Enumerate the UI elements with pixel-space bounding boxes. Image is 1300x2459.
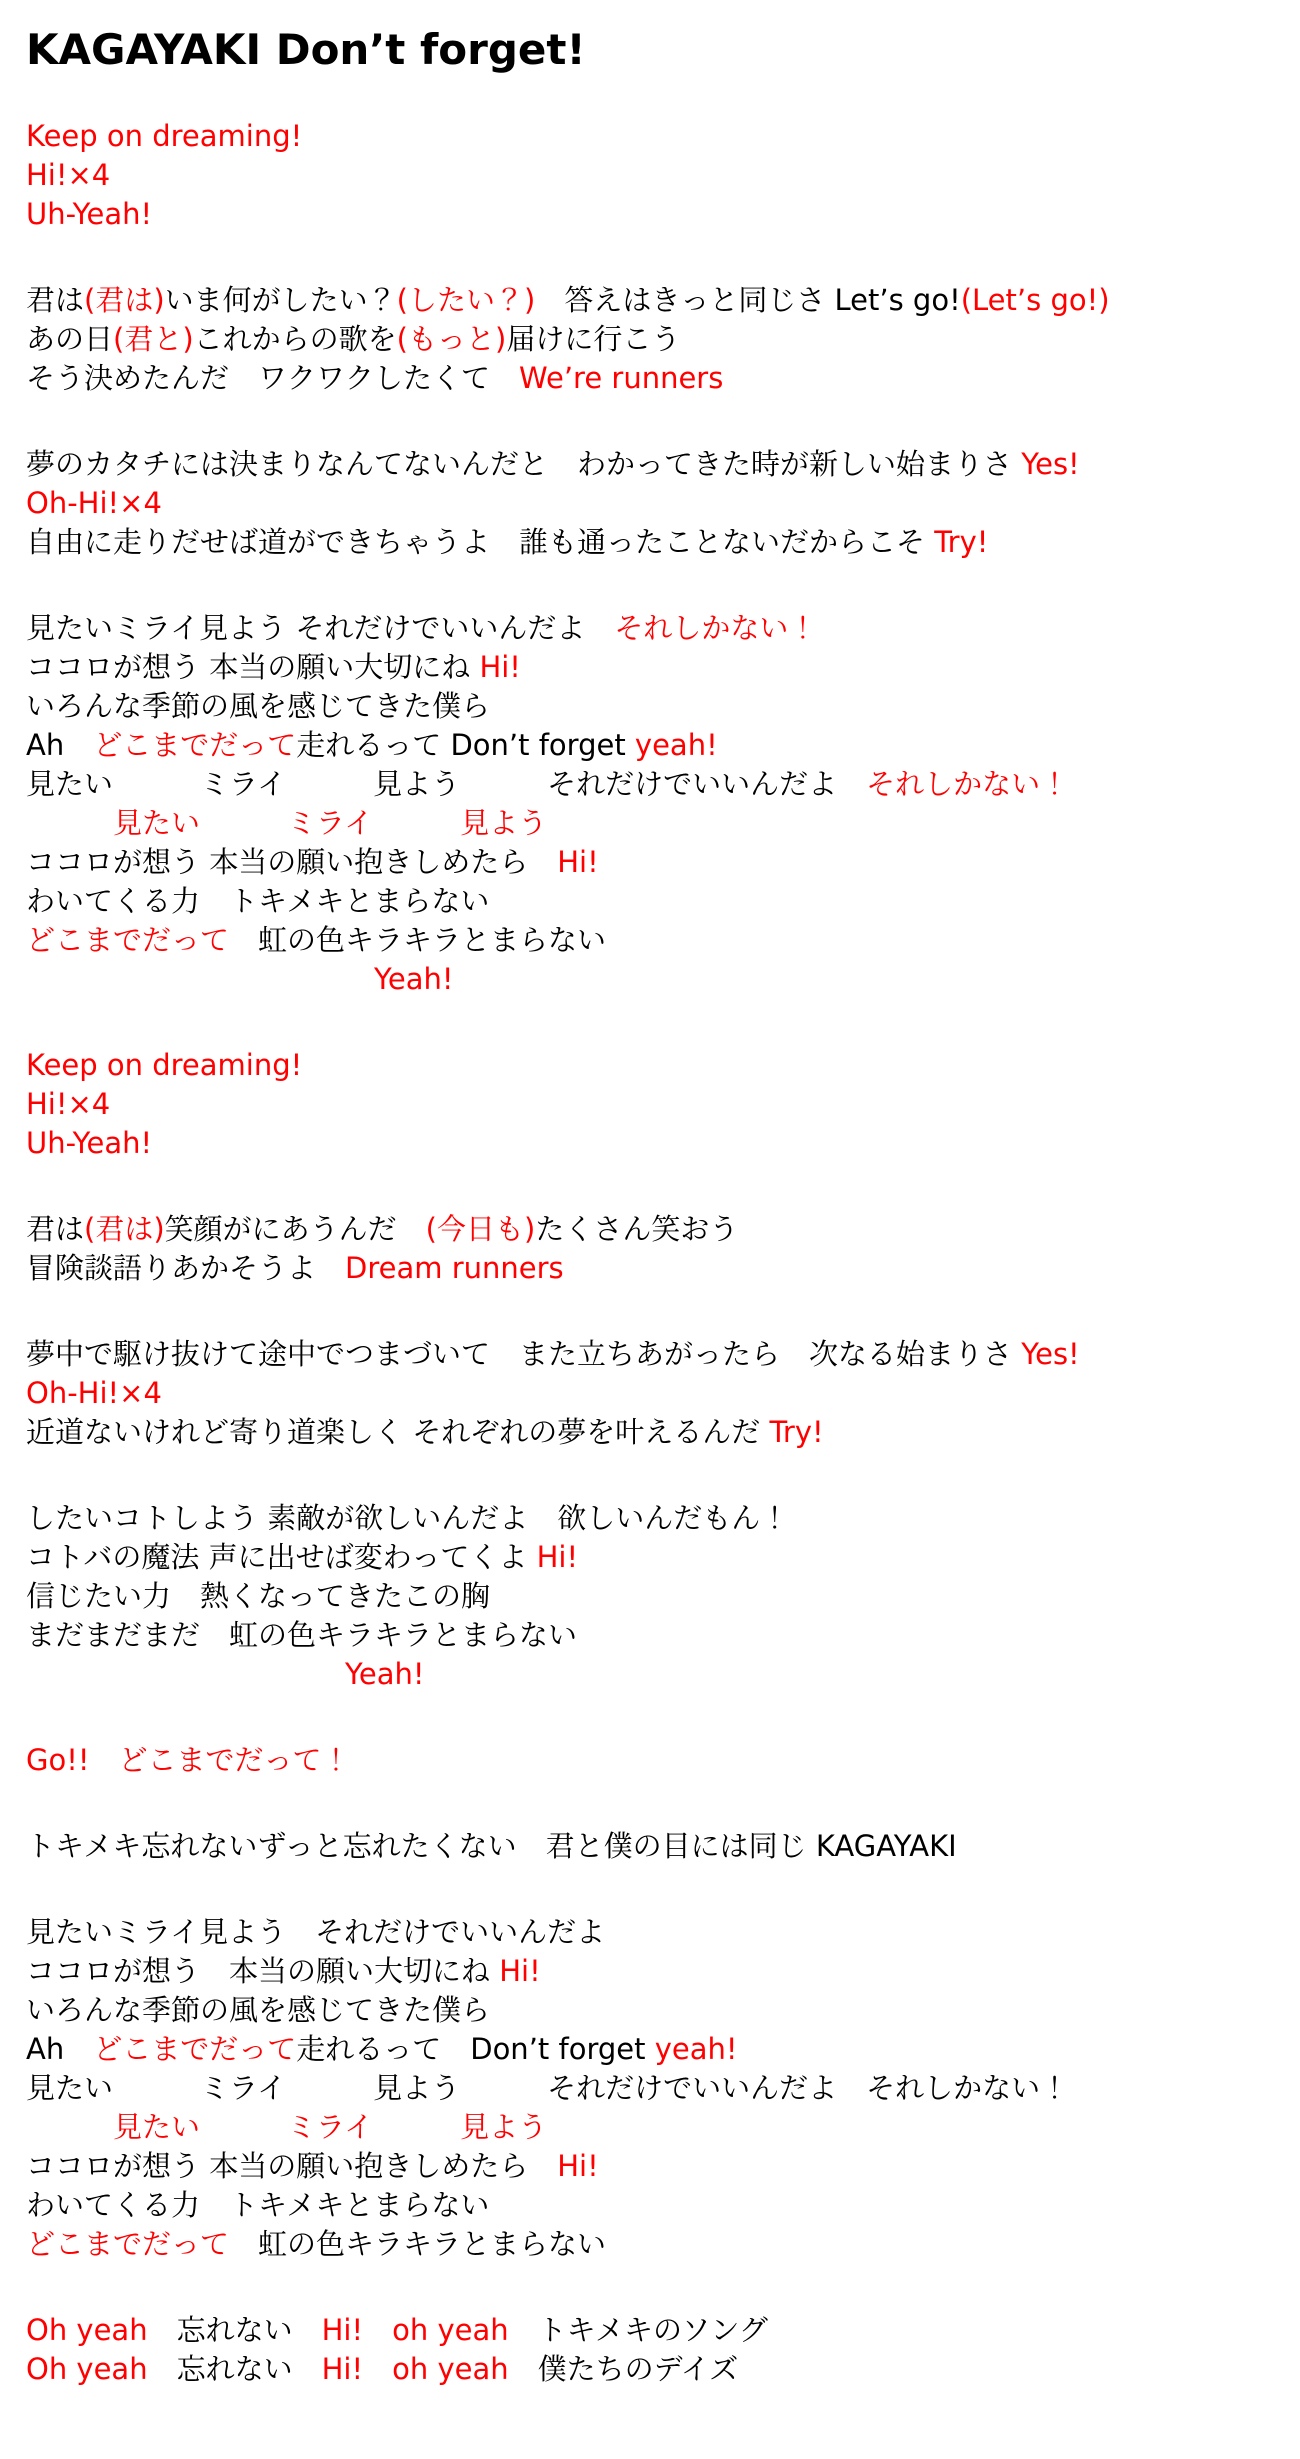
blank-line [26, 1866, 1270, 1913]
lyric-segment-red: Go!! どこまでだって！ [26, 1743, 350, 1777]
lyric-line: Oh yeah 忘れない Hi! oh yeah 僕たちのデイズ [26, 2350, 1270, 2389]
blank-line [26, 1452, 1270, 1499]
lyric-segment-black: まだまだまだ 虹の色キラキラとまらない [26, 1618, 577, 1652]
lyric-segment-black: 見たいミライ見よう それだけでいいんだよ [26, 1915, 605, 1949]
lyric-segment-red: Try! [934, 525, 988, 559]
lyric-line: 夢中で駆け抜けて途中でつまづいて また立ちあがったら 次なる始まりさ Yes! [26, 1335, 1270, 1374]
lyric-segment-black: したいコトしよう 素敵が欲しいんだよ 欲しいんだもん！ [26, 1501, 789, 1535]
lyric-segment-black: 忘れない [148, 2313, 322, 2347]
lyric-line: Keep on dreaming! [26, 1046, 1270, 1085]
lyric-segment-red: Yes! [1021, 1337, 1079, 1371]
lyric-segment-red: (君は) [84, 1212, 165, 1246]
lyric-line: 近道ないけれど寄り道楽しく それぞれの夢を叶えるんだ Try! [26, 1413, 1270, 1452]
lyric-line: 見たいミライ見よう それだけでいいんだよ それしかない！ [26, 609, 1270, 648]
lyric-segment-black: 虹の色キラキラとまらない [229, 923, 606, 957]
lyric-segment-red: yeah! [635, 728, 718, 762]
lyric-segment-red: Uh-Yeah! [26, 197, 152, 231]
lyric-segment-black: いろんな季節の風を感じてきた僕ら [26, 1993, 490, 2027]
lyric-segment-red: (もっと) [397, 322, 507, 356]
lyric-segment-black: 自由に走りだせば道ができちゃうよ 誰も通ったことないだからこそ [26, 525, 934, 559]
lyric-line: どこまでだって 虹の色キラキラとまらない [26, 2225, 1270, 2264]
lyric-line: いろんな季節の風を感じてきた僕ら [26, 1991, 1270, 2030]
lyric-line: Oh-Hi!×4 [26, 1374, 1270, 1413]
lyric-segment-red: Oh yeah [26, 2352, 148, 2386]
lyric-line: 冒険談語りあかそうよ Dream runners [26, 1249, 1270, 1288]
lyric-segment-red: Hi!×4 [26, 158, 110, 192]
blank-line [26, 1694, 1270, 1741]
blank-line [26, 999, 1270, 1046]
lyric-segment-black: 虹の色キラキラとまらない [229, 2227, 606, 2261]
lyric-line: Uh-Yeah! [26, 195, 1270, 234]
lyric-segment-red: Uh-Yeah! [26, 1126, 152, 1160]
lyric-segment-red: どこまでだって [26, 2227, 229, 2261]
blank-line [26, 562, 1270, 609]
lyric-segment-black: あの日 [26, 322, 113, 356]
lyric-segment-red: Hi! [557, 845, 599, 879]
lyric-segment-black: 届けに行こう [506, 322, 680, 356]
lyric-segment-red: Hi! [557, 2149, 599, 2183]
lyric-segment-black: 信じたい力 熱くなってきたこの胸 [26, 1579, 490, 1613]
lyric-line: いろんな季節の風を感じてきた僕ら [26, 687, 1270, 726]
lyric-line: ココロが想う 本当の願い大切にね Hi! [26, 648, 1270, 687]
lyric-segment-red: それしかない！ [866, 767, 1069, 801]
lyric-segment-black: 僕たちのデイズ [509, 2352, 739, 2386]
lyric-segment-red: (君と) [113, 322, 194, 356]
lyric-segment-red: yeah! [655, 2032, 738, 2066]
lyric-line: 自由に走りだせば道ができちゃうよ 誰も通ったことないだからこそ Try! [26, 523, 1270, 562]
lyric-segment-black: わいてくる力 トキメキとまらない [26, 2188, 489, 2222]
lyric-line: Oh-Hi!×4 [26, 484, 1270, 523]
lyric-line: どこまでだって 虹の色キラキラとまらない [26, 921, 1270, 960]
lyric-segment-red: Hi! oh yeah [322, 2352, 509, 2386]
lyric-segment-red: (Let’s go!) [961, 283, 1110, 317]
lyric-segment-black: ココロが想う 本当の願い大切にね [26, 1954, 499, 1988]
lyric-segment-red: (今日も) [426, 1212, 536, 1246]
lyric-segment-black: そう決めたんだ ワクワクしたくて [26, 361, 519, 395]
lyric-line: 見たい ミライ 見よう [26, 804, 1270, 843]
lyric-line: Ah どこまでだって走れるって Don’t forget yeah! [26, 726, 1270, 765]
lyric-segment-red: Dream runners [345, 1251, 564, 1285]
lyric-segment-black: 答えはきっと同じさ Let’s go! [535, 283, 960, 317]
lyric-segment-red: Yeah! [26, 1657, 424, 1691]
lyric-segment-red: Oh-Hi!×4 [26, 486, 162, 520]
page-title: KAGAYAKI Don’t forget! [26, 24, 1270, 77]
lyric-segment-red: Hi! [499, 1954, 541, 1988]
lyric-line: わいてくる力 トキメキとまらない [26, 882, 1270, 921]
lyric-line: 見たい ミライ 見よう [26, 2108, 1270, 2147]
lyric-line: まだまだまだ 虹の色キラキラとまらない [26, 1616, 1270, 1655]
lyric-segment-red: Oh yeah [26, 2313, 148, 2347]
lyric-segment-red: We’re runners [519, 361, 723, 395]
lyric-segment-black: 夢中で駆け抜けて途中でつまづいて また立ちあがったら 次なる始まりさ [26, 1337, 1021, 1371]
lyric-line: 見たい ミライ 見よう それだけでいいんだよ それしかない！ [26, 765, 1270, 804]
lyric-segment-red: Yes! [1021, 447, 1079, 481]
lyric-line: あの日(君と)これからの歌を(もっと)届けに行こう [26, 320, 1270, 359]
lyric-segment-red: (君は) [84, 283, 165, 317]
blank-line [26, 1780, 1270, 1827]
lyric-line: したいコトしよう 素敵が欲しいんだよ 欲しいんだもん！ [26, 1499, 1270, 1538]
lyric-segment-black: わいてくる力 トキメキとまらない [26, 884, 489, 918]
lyric-line: コトバの魔法 声に出せば変わってくよ Hi! [26, 1538, 1270, 1577]
lyric-segment-red: Hi!×4 [26, 1087, 110, 1121]
lyric-segment-red: Try! [769, 1415, 823, 1449]
blank-line [26, 2264, 1270, 2311]
lyric-line: Ah どこまでだって走れるって Don’t forget yeah! [26, 2030, 1270, 2069]
lyric-line: 君は(君は)いま何がしたい？(したい？) 答えはきっと同じさ Let’s go!… [26, 281, 1270, 320]
lyric-segment-red: Hi! [479, 650, 521, 684]
lyric-line: 夢のカタチには決まりなんてないんだと わかってきた時が新しい始まりさ Yes! [26, 445, 1270, 484]
lyric-line: Keep on dreaming! [26, 117, 1270, 156]
lyric-line: Go!! どこまでだって！ [26, 1741, 1270, 1780]
lyric-segment-black: 君は [26, 283, 84, 317]
lyric-line: 君は(君は)笑顔がにあうんだ (今日も)たくさん笑おう [26, 1210, 1270, 1249]
lyric-line: 見たいミライ見よう それだけでいいんだよ [26, 1913, 1270, 1952]
lyric-segment-red: Keep on dreaming! [26, 119, 302, 153]
lyric-line: Yeah! [26, 1655, 1270, 1694]
blank-line [26, 398, 1270, 445]
lyric-line: Yeah! [26, 960, 1270, 999]
lyric-segment-red: 見たい ミライ 見よう [26, 806, 547, 840]
lyric-line: ココロが想う 本当の願い抱きしめたら Hi! [26, 843, 1270, 882]
lyric-line: わいてくる力 トキメキとまらない [26, 2186, 1270, 2225]
lyric-segment-black: 見たいミライ見よう それだけでいいんだよ [26, 611, 614, 645]
lyric-segment-black: ココロが想う 本当の願い抱きしめたら [26, 2149, 557, 2183]
lyric-segment-black: たくさん笑おう [535, 1212, 738, 1246]
lyric-line: ココロが想う 本当の願い抱きしめたら Hi! [26, 2147, 1270, 2186]
blank-line [26, 1288, 1270, 1335]
lyric-segment-black: Ah [26, 2032, 93, 2066]
lyric-line: ココロが想う 本当の願い大切にね Hi! [26, 1952, 1270, 1991]
lyric-segment-red: Yeah! [26, 962, 453, 996]
lyric-segment-black: 忘れない [148, 2352, 322, 2386]
lyric-line: Uh-Yeah! [26, 1124, 1270, 1163]
lyric-segment-black: トキメキ忘れないずっと忘れたくない 君と僕の目には同じ KAGAYAKI [26, 1829, 957, 1863]
lyric-segment-black: ココロが想う 本当の願い抱きしめたら [26, 845, 557, 879]
lyric-segment-black: 君は [26, 1212, 84, 1246]
lyric-segment-black: 見たい ミライ 見よう それだけでいいんだよ それしかない！ [26, 2071, 1069, 2105]
lyric-segment-black: 冒険談語りあかそうよ [26, 1251, 345, 1285]
lyric-segment-black: いろんな季節の風を感じてきた僕ら [26, 689, 490, 723]
lyric-segment-black: ココロが想う 本当の願い大切にね [26, 650, 479, 684]
lyric-segment-black: いま何がしたい？ [165, 283, 397, 317]
lyric-line: Hi!×4 [26, 1085, 1270, 1124]
lyric-segment-red: Hi! oh yeah [322, 2313, 509, 2347]
lyric-segment-black: 見たい ミライ 見よう それだけでいいんだよ [26, 767, 866, 801]
lyrics-document: KAGAYAKI Don’t forget! Keep on dreaming!… [26, 24, 1270, 2389]
lyric-segment-red: (したい？) [397, 283, 536, 317]
lyric-segment-red: どこまでだって [93, 728, 296, 762]
lyric-segment-red: 見たい ミライ 見よう [26, 2110, 547, 2144]
lyric-segment-red: それしかない！ [614, 611, 817, 645]
lyric-segment-black: これからの歌を [194, 322, 397, 356]
lyric-line: トキメキ忘れないずっと忘れたくない 君と僕の目には同じ KAGAYAKI [26, 1827, 1270, 1866]
lyric-line: 見たい ミライ 見よう それだけでいいんだよ それしかない！ [26, 2069, 1270, 2108]
lyric-segment-black: 走れるって Don’t forget [296, 728, 635, 762]
lyric-segment-black: 夢のカタチには決まりなんてないんだと わかってきた時が新しい始まりさ [26, 447, 1021, 481]
lyric-line: Oh yeah 忘れない Hi! oh yeah トキメキのソング [26, 2311, 1270, 2350]
lyric-segment-black: 笑顔がにあうんだ [165, 1212, 426, 1246]
lyric-segment-red: どこまでだって [26, 923, 229, 957]
lyric-segment-black: Ah [26, 728, 93, 762]
blank-line [26, 234, 1270, 281]
lyric-segment-red: Keep on dreaming! [26, 1048, 302, 1082]
lyric-segment-black: コトバの魔法 声に出せば変わってくよ [26, 1540, 537, 1574]
lyric-line: 信じたい力 熱くなってきたこの胸 [26, 1577, 1270, 1616]
lyric-line: Hi!×4 [26, 156, 1270, 195]
lyric-segment-black: 走れるって Don’t forget [296, 2032, 654, 2066]
lyric-segment-red: Hi! [537, 1540, 579, 1574]
lyrics-body: Keep on dreaming!Hi!×4Uh-Yeah!君は(君は)いま何が… [26, 117, 1270, 2389]
lyric-segment-red: Oh-Hi!×4 [26, 1376, 162, 1410]
blank-line [26, 1163, 1270, 1210]
lyric-segment-black: 近道ないけれど寄り道楽しく それぞれの夢を叶えるんだ [26, 1415, 769, 1449]
lyric-segment-black: トキメキのソング [509, 2313, 768, 2347]
lyric-line: そう決めたんだ ワクワクしたくて We’re runners [26, 359, 1270, 398]
lyric-segment-red: どこまでだって [93, 2032, 296, 2066]
